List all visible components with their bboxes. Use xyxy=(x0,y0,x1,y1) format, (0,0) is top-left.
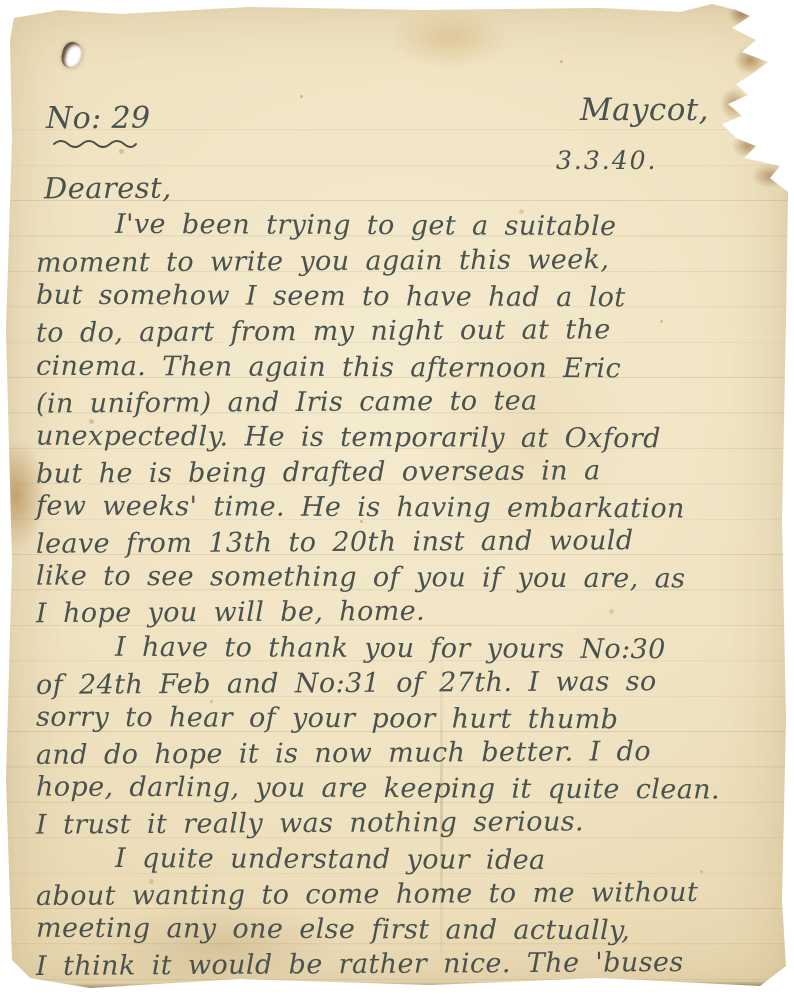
body-line: and do hope it is now much better. I do xyxy=(36,738,651,769)
body-line: sorry to hear of your poor hurt thumb xyxy=(36,704,618,734)
body-line: I think it would be rather nice. The 'bu… xyxy=(36,949,684,980)
stain-top-center xyxy=(390,8,510,68)
body-line: to do, apart from my night out at the xyxy=(36,316,611,347)
body-line: I hope you will be, home. xyxy=(36,598,425,627)
body-line: few weeks' time. He is having embarkatio… xyxy=(36,493,685,523)
salutation: Dearest, xyxy=(44,174,172,204)
body-line: I've been trying to get a suitable xyxy=(115,211,617,240)
punch-hole xyxy=(59,40,85,70)
body-line: I quite understand your idea xyxy=(115,845,546,874)
body-line: but somehow I seem to have had a lot xyxy=(36,282,626,312)
body-line: I trust it really was nothing serious. xyxy=(36,808,584,838)
foxing-spots xyxy=(0,0,3,3)
body-line: moment to write you again this week, xyxy=(36,246,609,277)
body-line: unexpectedly. He is temporarily at Oxfor… xyxy=(36,423,661,453)
body-line: hope, darling, you are keeping it quite … xyxy=(36,774,720,804)
body-line: about wanting to come home to me without xyxy=(36,879,698,910)
scan-background: No: 29 Maycot, 3.3.40. Dearest, I've bee… xyxy=(0,0,794,1000)
wavy-underline xyxy=(52,137,140,149)
bottom-page-edge-shadow xyxy=(20,981,780,996)
body-line: like to see something of you if you are,… xyxy=(36,563,686,593)
address-maycot: Maycot, xyxy=(580,92,709,128)
body-line: of 24th Feb and No:31 of 27th. I was so xyxy=(36,668,657,699)
body-line: leave from 13th to 20th inst and would xyxy=(36,527,634,558)
date-line: 3.3.40. xyxy=(556,146,657,175)
body-line: cinema. Then again this afternoon Eric xyxy=(36,353,621,383)
body-line: meeting any one else first and actually, xyxy=(36,915,630,945)
letter-number: No: 29 xyxy=(46,101,151,136)
body-line: but he is being drafted overseas in a xyxy=(36,457,601,487)
letter-page: No: 29 Maycot, 3.3.40. Dearest, I've bee… xyxy=(0,0,794,1000)
body-line: (in uniform) and Iris came to tea xyxy=(36,387,538,417)
body-line: I have to thank you for yours No:30 xyxy=(115,634,666,663)
